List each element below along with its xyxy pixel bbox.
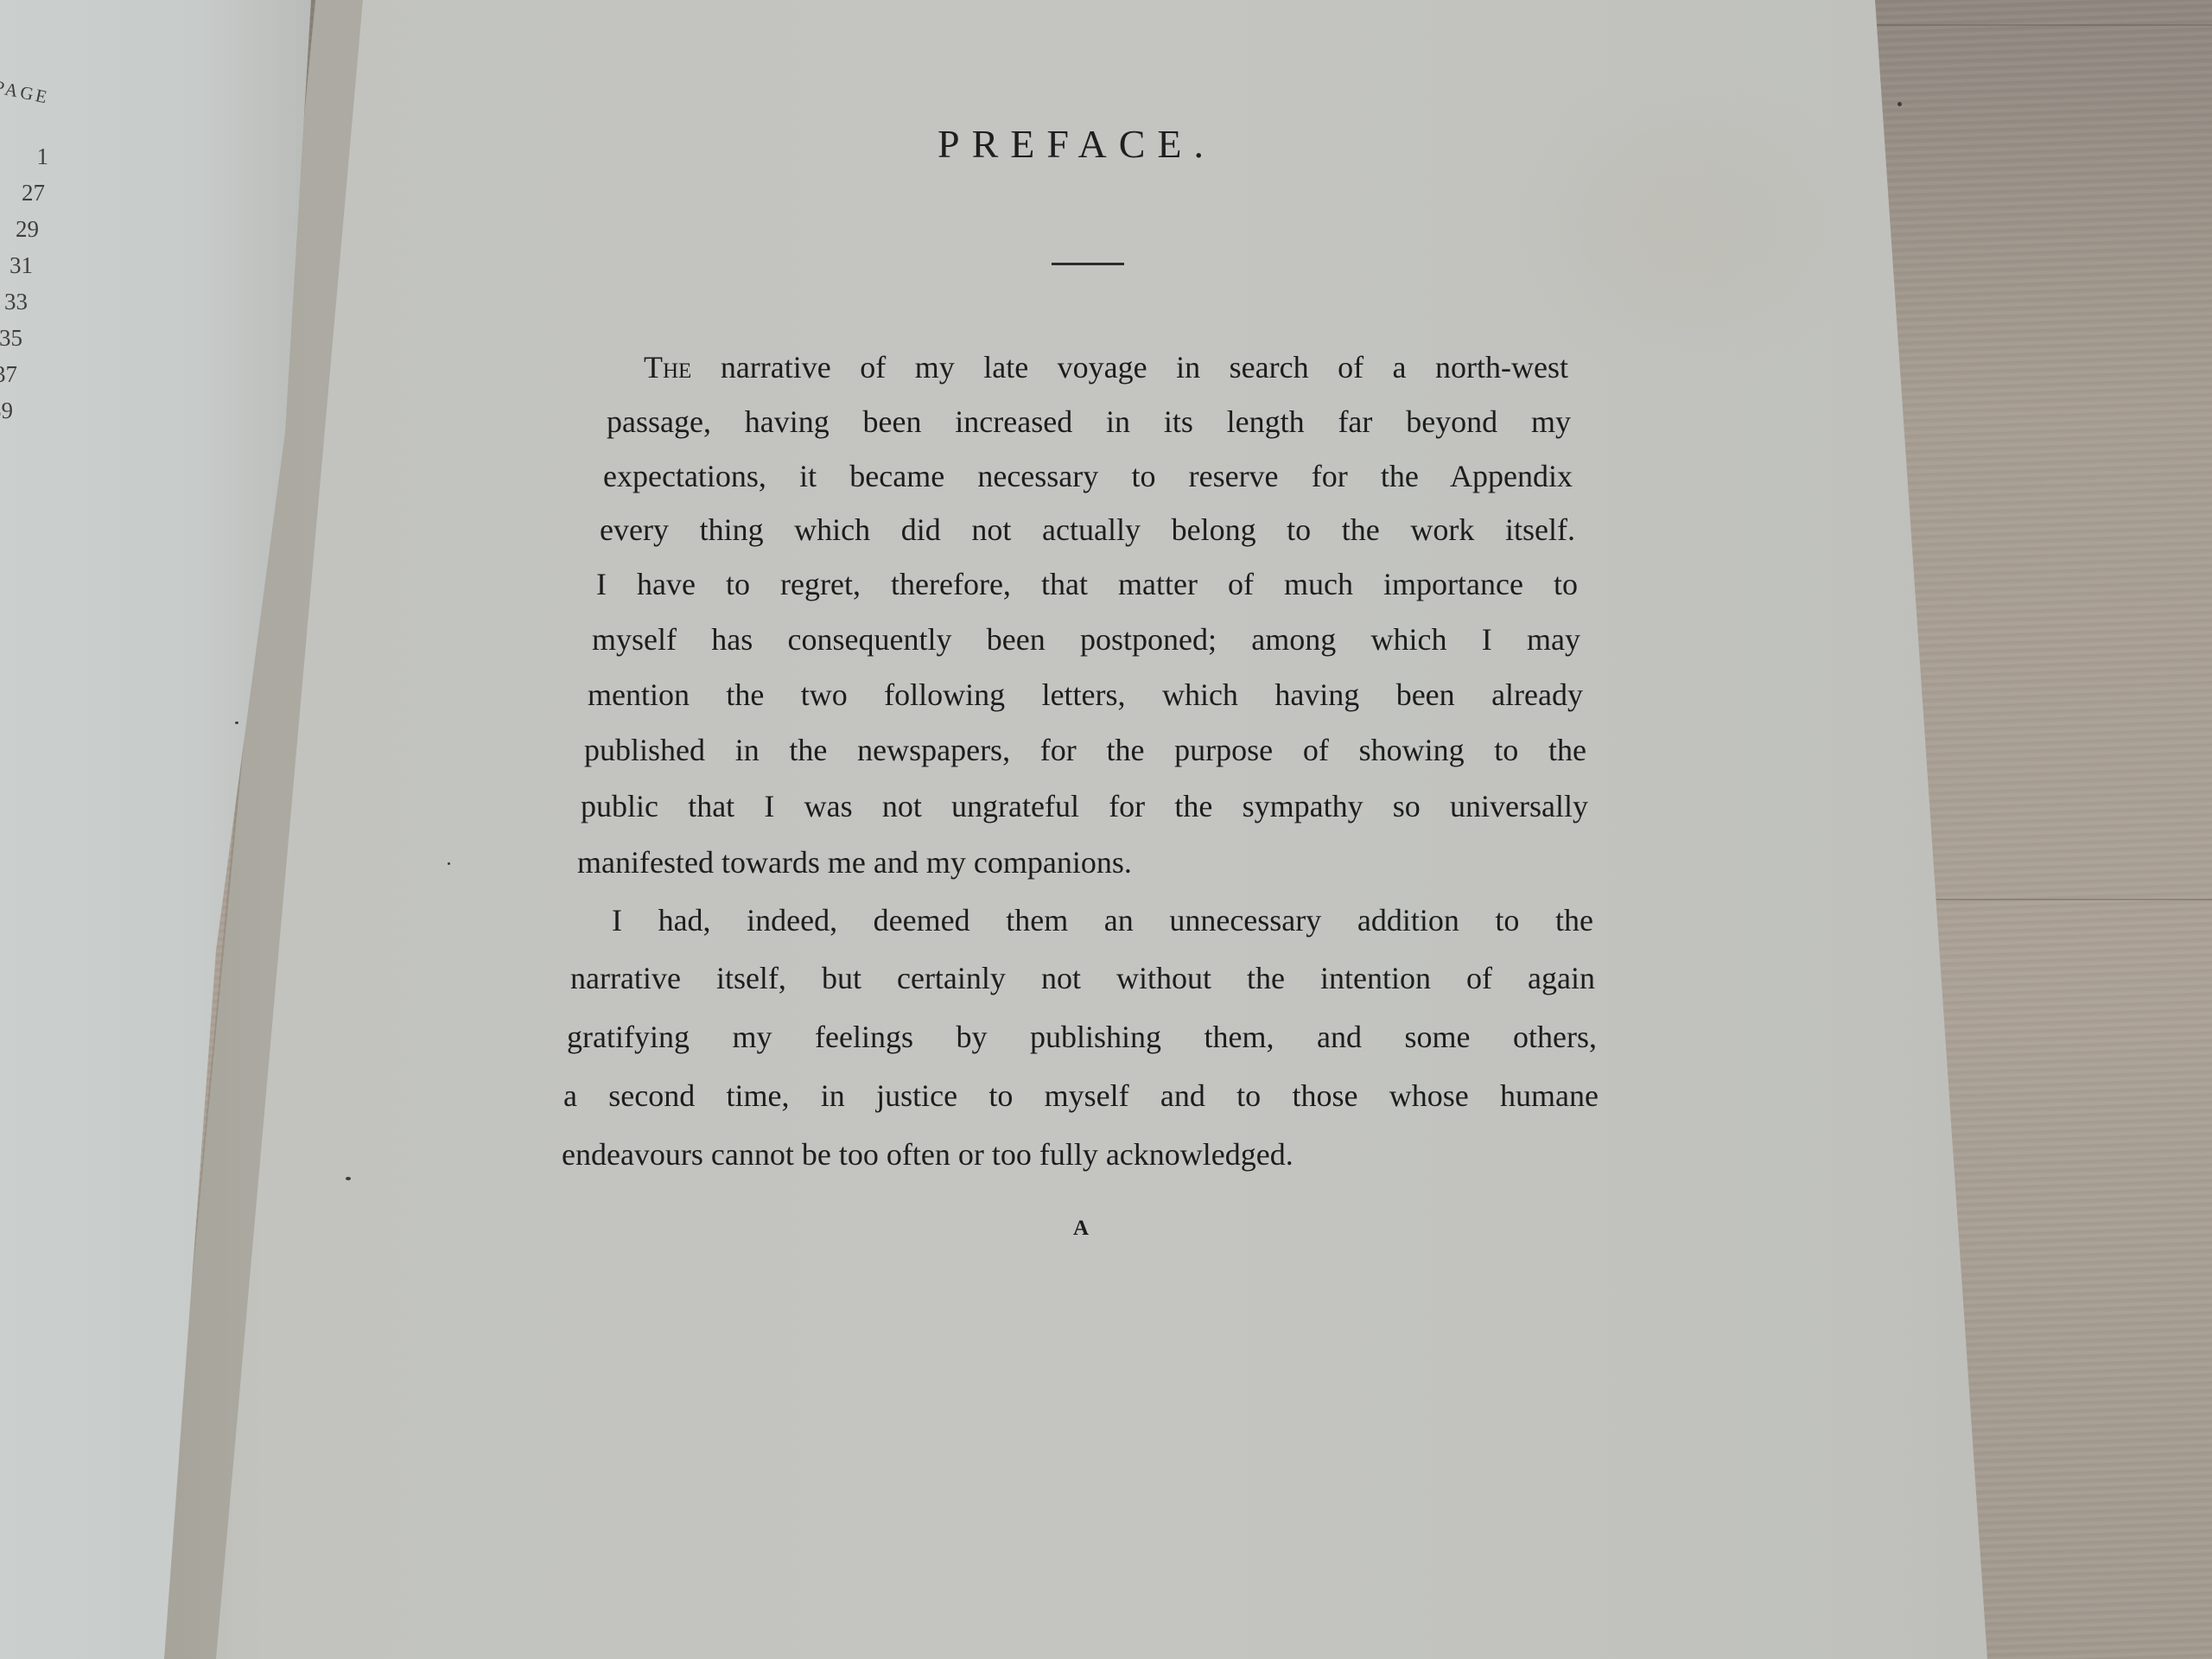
page-number: 1	[0, 143, 48, 170]
page-number: 37	[0, 361, 17, 388]
page-number: 27	[0, 180, 45, 207]
paper-speck	[346, 1177, 351, 1180]
text-line: narrative itself, but certainly not with…	[570, 959, 1595, 997]
text-line: passage, having been increased in its le…	[607, 403, 1571, 441]
page-number: 29	[0, 216, 39, 243]
title-rule	[1052, 263, 1124, 265]
text-line: mention the two following letters, which…	[588, 676, 1583, 714]
text-line: endeavours cannot be too often or too fu…	[562, 1135, 1599, 1173]
text-line: myself has consequently been postponed; …	[592, 620, 1580, 658]
text-line: public that I was not ungrateful for the…	[581, 787, 1588, 825]
page-number: 35	[0, 325, 22, 352]
text-line: gratifying my feelings by publishing the…	[567, 1018, 1597, 1056]
text-line: The narrative of my late voyage in searc…	[644, 348, 1568, 386]
signature-mark: A	[1073, 1217, 1089, 1241]
text-line: expectations, it became necessary to res…	[603, 457, 1573, 495]
book-photo: PAGE 1 27 29 31 33 35 37 39 PREFACE. The…	[0, 0, 2212, 1659]
table-plank-seam	[1858, 24, 2212, 26]
paper-speck	[448, 862, 450, 865]
page-number: 39	[0, 397, 13, 424]
page-column-header: PAGE	[0, 76, 52, 109]
paper-speck	[235, 721, 238, 724]
text-line: I have to regret, therefore, that matter…	[596, 565, 1578, 603]
paper-speck	[1897, 102, 1902, 106]
page-number: 33	[0, 289, 28, 315]
text-line: a second time, in justice to myself and …	[563, 1077, 1599, 1115]
text-line: I had, indeed, deemed them an unnecessar…	[612, 901, 1593, 939]
page-number: 31	[0, 252, 33, 279]
text-line: every thing which did not actually belon…	[600, 511, 1575, 549]
lead-word: The	[644, 350, 691, 385]
page-title: PREFACE.	[938, 121, 1216, 167]
text-line: manifested towards me and my companions.	[577, 843, 1588, 881]
text-line: published in the newspapers, for the pur…	[584, 731, 1586, 769]
